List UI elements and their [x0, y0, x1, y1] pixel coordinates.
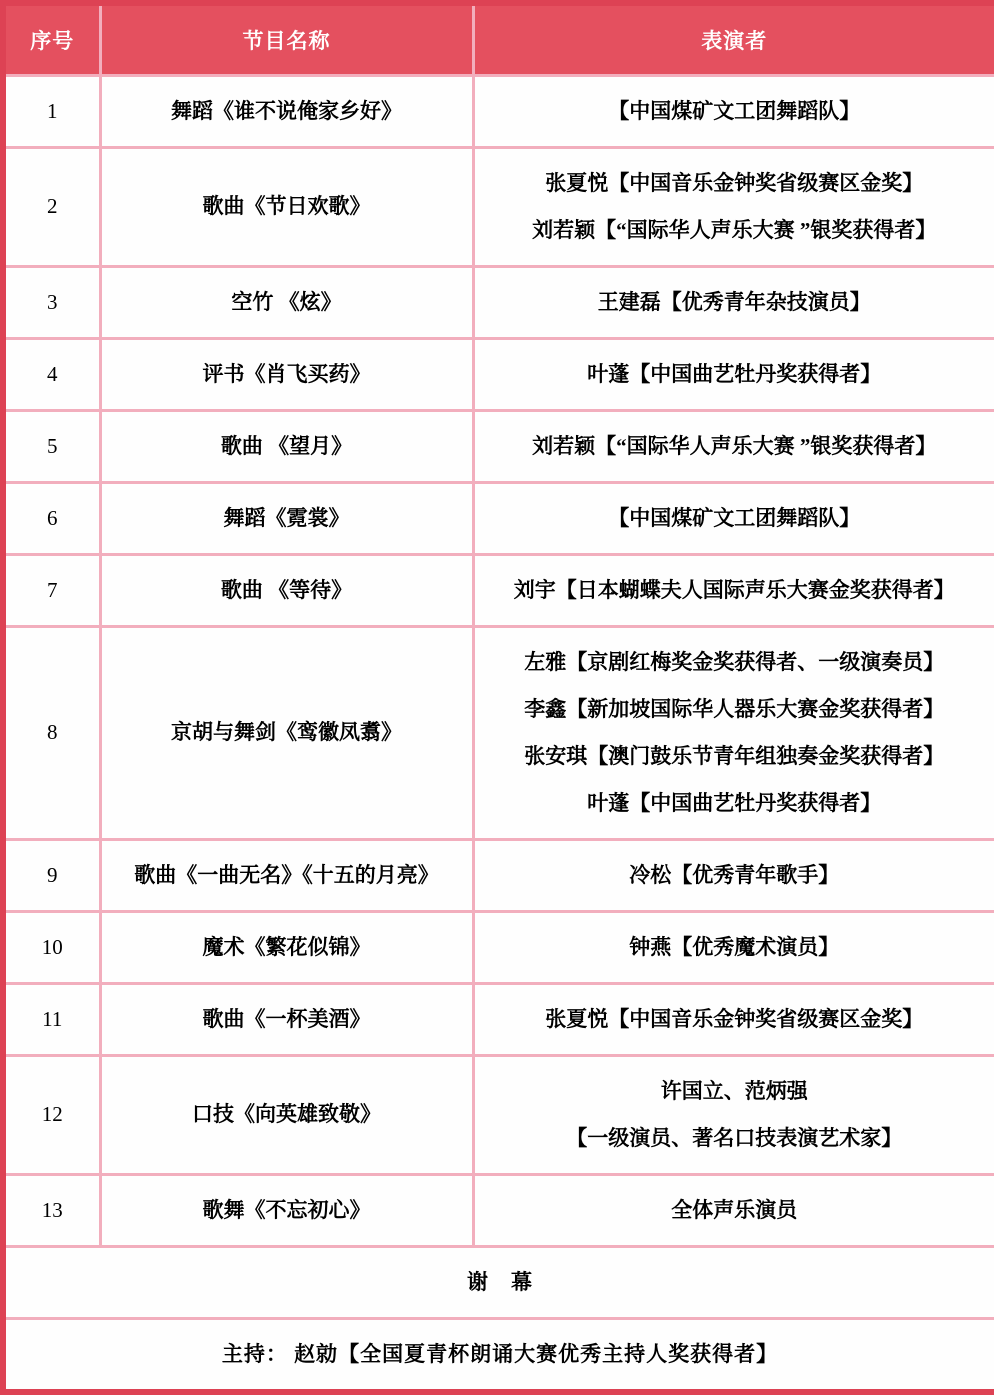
performer-cell: 张夏悦【中国音乐金钟奖省级赛区金奖】 [473, 983, 994, 1055]
program-name-cell: 舞蹈《谁不说俺家乡好》 [100, 75, 473, 147]
row-number-cell: 10 [3, 911, 100, 983]
row-number-cell: 8 [3, 626, 100, 839]
performer-cell: 左雅【京剧红梅奖金奖获得者、一级演奏员】李鑫【新加坡国际华人器乐大赛金奖获得者】… [473, 626, 994, 839]
performer-line: 冷松【优秀青年歌手】 [483, 852, 987, 899]
program-name-cell: 口技《向英雄致敬》 [100, 1055, 473, 1174]
row-number-cell: 9 [3, 839, 100, 911]
table-body: 1舞蹈《谁不说俺家乡好》【中国煤矿文工团舞蹈队】2歌曲《节日欢歌》张夏悦【中国音… [3, 75, 994, 1246]
table-header: 序号 节目名称 表演者 [3, 3, 994, 75]
performer-cell: 【中国煤矿文工团舞蹈队】 [473, 75, 994, 147]
table-row: 9歌曲《一曲无名》《十五的月亮》冷松【优秀青年歌手】 [3, 839, 994, 911]
table-row: 1舞蹈《谁不说俺家乡好》【中国煤矿文工团舞蹈队】 [3, 75, 994, 147]
program-name-cell: 歌曲 《等待》 [100, 554, 473, 626]
program-name-cell: 歌曲 《望月》 [100, 410, 473, 482]
table-row: 8京胡与舞剑《鸾徽凤翥》左雅【京剧红梅奖金奖获得者、一级演奏员】李鑫【新加坡国际… [3, 626, 994, 839]
performer-cell: 王建磊【优秀青年杂技演员】 [473, 266, 994, 338]
performer-line: 张安琪【澳门鼓乐节青年组独奏金奖获得者】 [483, 733, 987, 780]
table-row: 11歌曲《一杯美酒》张夏悦【中国音乐金钟奖省级赛区金奖】 [3, 983, 994, 1055]
row-number-cell: 2 [3, 147, 100, 266]
performer-cell: 许国立、范炳强【一级演员、著名口技表演艺术家】 [473, 1055, 994, 1174]
performer-line: 许国立、范炳强 [483, 1068, 987, 1115]
program-name-cell: 魔术《繁花似锦》 [100, 911, 473, 983]
performer-line: 【中国煤矿文工团舞蹈队】 [483, 495, 987, 542]
performer-cell: 【中国煤矿文工团舞蹈队】 [473, 482, 994, 554]
performer-line: 钟燕【优秀魔术演员】 [483, 924, 987, 971]
table-footer: 谢 幕 主持： 赵勍【全国夏青杯朗诵大赛优秀主持人奖获得者】 [3, 1246, 994, 1392]
performer-line: 叶蓬【中国曲艺牡丹奖获得者】 [483, 780, 987, 827]
performer-line: 王建磊【优秀青年杂技演员】 [483, 279, 987, 326]
header-performer: 表演者 [473, 3, 994, 75]
performer-cell: 冷松【优秀青年歌手】 [473, 839, 994, 911]
table-row: 3空竹 《炫》王建磊【优秀青年杂技演员】 [3, 266, 994, 338]
table-row: 12口技《向英雄致敬》许国立、范炳强【一级演员、著名口技表演艺术家】 [3, 1055, 994, 1174]
program-name-cell: 歌舞《不忘初心》 [100, 1174, 473, 1246]
program-table: 序号 节目名称 表演者 1舞蹈《谁不说俺家乡好》【中国煤矿文工团舞蹈队】2歌曲《… [0, 0, 994, 1395]
host-row: 主持： 赵勍【全国夏青杯朗诵大赛优秀主持人奖获得者】 [3, 1318, 994, 1392]
row-number-cell: 6 [3, 482, 100, 554]
header-program-name: 节目名称 [100, 3, 473, 75]
table-row: 7歌曲 《等待》刘宇【日本蝴蝶夫人国际声乐大赛金奖获得者】 [3, 554, 994, 626]
table-row: 10魔术《繁花似锦》钟燕【优秀魔术演员】 [3, 911, 994, 983]
row-number-cell: 1 [3, 75, 100, 147]
performer-line: 【中国煤矿文工团舞蹈队】 [483, 88, 987, 135]
curtain-call-cell: 谢 幕 [3, 1246, 994, 1318]
performer-line: 左雅【京剧红梅奖金奖获得者、一级演奏员】 [483, 639, 987, 686]
table-row: 4评书《肖飞买药》叶蓬【中国曲艺牡丹奖获得者】 [3, 338, 994, 410]
program-name-cell: 空竹 《炫》 [100, 266, 473, 338]
row-number-cell: 7 [3, 554, 100, 626]
table-row: 6舞蹈《霓裳》【中国煤矿文工团舞蹈队】 [3, 482, 994, 554]
table-row: 2歌曲《节日欢歌》张夏悦【中国音乐金钟奖省级赛区金奖】刘若颖【“国际华人声乐大赛… [3, 147, 994, 266]
row-number-cell: 3 [3, 266, 100, 338]
performer-line: 张夏悦【中国音乐金钟奖省级赛区金奖】 [483, 160, 987, 207]
performer-line: 刘若颖【“国际华人声乐大赛 ”银奖获得者】 [483, 423, 987, 470]
performer-line: 叶蓬【中国曲艺牡丹奖获得者】 [483, 351, 987, 398]
row-number-cell: 5 [3, 410, 100, 482]
performer-line: 李鑫【新加坡国际华人器乐大赛金奖获得者】 [483, 686, 987, 733]
performer-cell: 刘若颖【“国际华人声乐大赛 ”银奖获得者】 [473, 410, 994, 482]
program-list-page: 序号 节目名称 表演者 1舞蹈《谁不说俺家乡好》【中国煤矿文工团舞蹈队】2歌曲《… [0, 0, 994, 1352]
row-number-cell: 11 [3, 983, 100, 1055]
program-name-cell: 歌曲《节日欢歌》 [100, 147, 473, 266]
program-name-cell: 京胡与舞剑《鸾徽凤翥》 [100, 626, 473, 839]
performer-cell: 张夏悦【中国音乐金钟奖省级赛区金奖】刘若颖【“国际华人声乐大赛 ”银奖获得者】 [473, 147, 994, 266]
program-name-cell: 歌曲《一曲无名》《十五的月亮》 [100, 839, 473, 911]
performer-cell: 钟燕【优秀魔术演员】 [473, 911, 994, 983]
row-number-cell: 4 [3, 338, 100, 410]
program-name-cell: 舞蹈《霓裳》 [100, 482, 473, 554]
performer-cell: 刘宇【日本蝴蝶夫人国际声乐大赛金奖获得者】 [473, 554, 994, 626]
program-name-cell: 评书《肖飞买药》 [100, 338, 473, 410]
performer-line: 刘宇【日本蝴蝶夫人国际声乐大赛金奖获得者】 [483, 567, 987, 614]
program-name-cell: 歌曲《一杯美酒》 [100, 983, 473, 1055]
performer-line: 全体声乐演员 [483, 1187, 987, 1234]
header-row: 序号 节目名称 表演者 [3, 3, 994, 75]
header-serial-number: 序号 [3, 3, 100, 75]
performer-line: 刘若颖【“国际华人声乐大赛 ”银奖获得者】 [483, 207, 987, 254]
host-cell: 主持： 赵勍【全国夏青杯朗诵大赛优秀主持人奖获得者】 [3, 1318, 994, 1392]
table-row: 13歌舞《不忘初心》全体声乐演员 [3, 1174, 994, 1246]
row-number-cell: 13 [3, 1174, 100, 1246]
performer-cell: 全体声乐演员 [473, 1174, 994, 1246]
curtain-call-row: 谢 幕 [3, 1246, 994, 1318]
performer-cell: 叶蓬【中国曲艺牡丹奖获得者】 [473, 338, 994, 410]
row-number-cell: 12 [3, 1055, 100, 1174]
table-row: 5歌曲 《望月》刘若颖【“国际华人声乐大赛 ”银奖获得者】 [3, 410, 994, 482]
performer-line: 【一级演员、著名口技表演艺术家】 [483, 1115, 987, 1162]
performer-line: 张夏悦【中国音乐金钟奖省级赛区金奖】 [483, 996, 987, 1043]
